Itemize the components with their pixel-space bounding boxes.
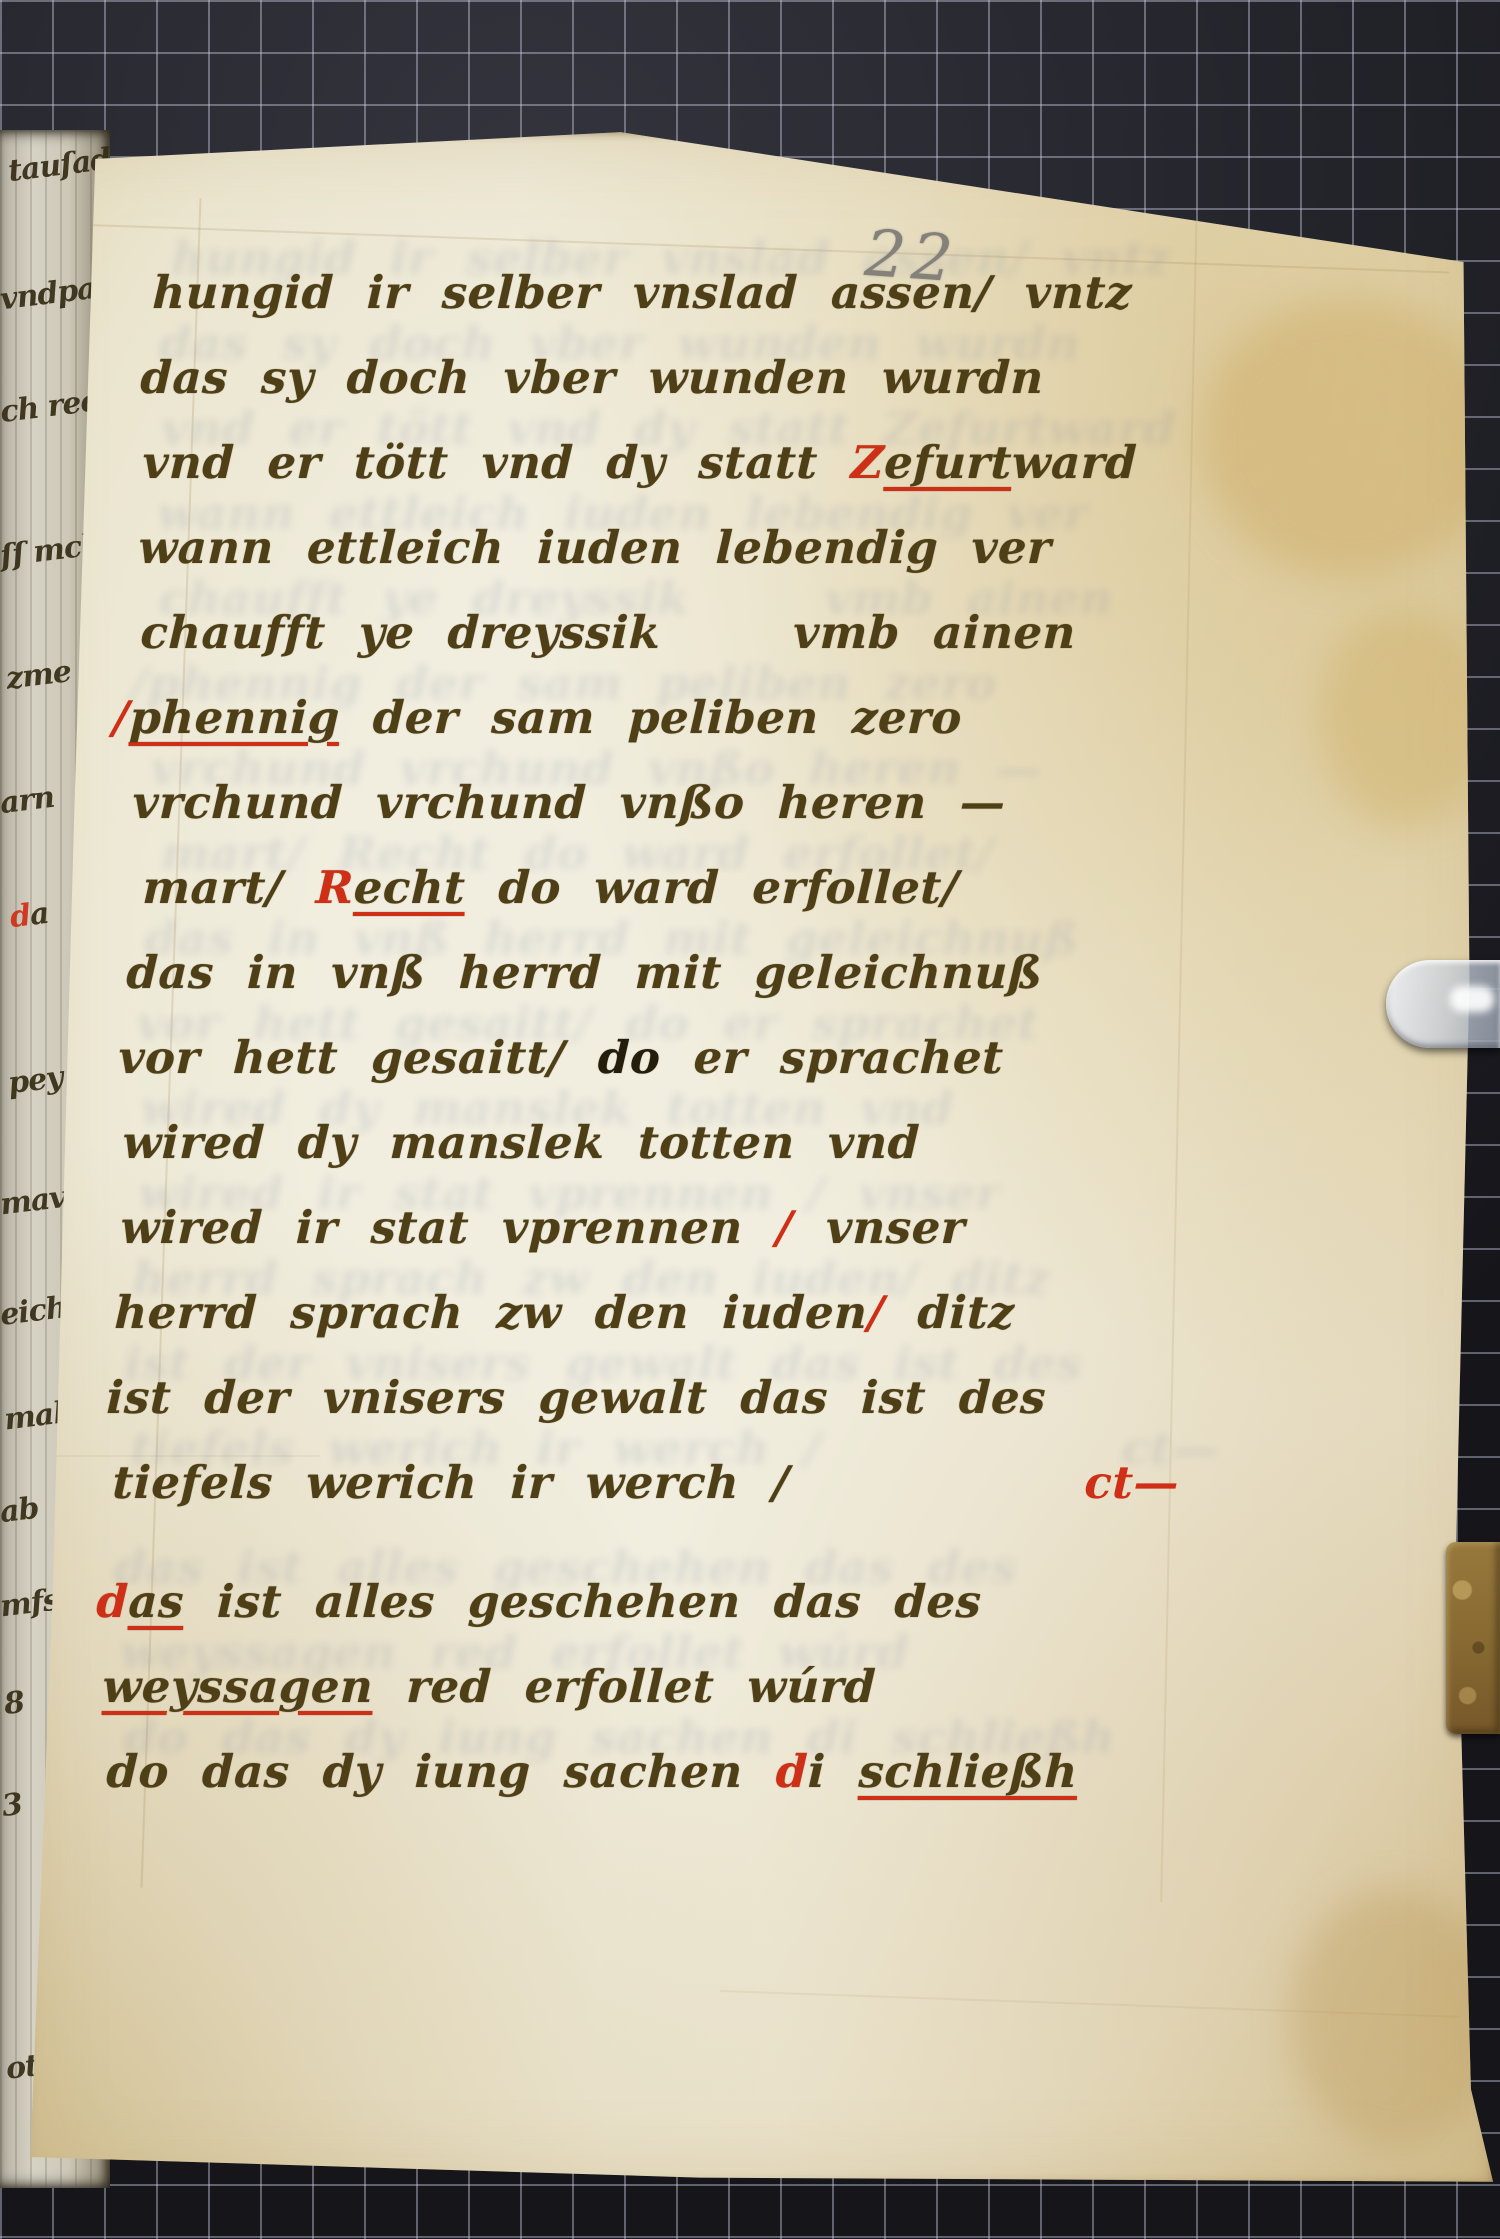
ink-text: chaufft ye dreyssik vmb ainen <box>140 606 1077 659</box>
ink-text: vor hett gesaitt/ <box>118 1031 599 1084</box>
margin-fragment: da <box>8 896 50 935</box>
ink-text: ward <box>1011 436 1138 489</box>
rubric-mark: d <box>96 1575 130 1628</box>
manuscript-line: do das dy iung sachen di schließh <box>105 1745 1294 1830</box>
ink-text: do <box>597 1031 661 1084</box>
manuscript-line: das ist alles geschehen das des <box>95 1575 1294 1660</box>
manuscript-page: hungid ir selber vnslad assen/ vntzdas s… <box>20 128 1496 2190</box>
margin-fragment: mfs <box>0 1583 60 1625</box>
leather-weight <box>1446 1542 1500 1734</box>
folio-number: 22 <box>863 217 961 297</box>
ink-text: i <box>807 1745 860 1798</box>
rubric-mark: R <box>315 861 355 914</box>
ink-text: weyssagen <box>102 1660 375 1713</box>
manuscript-line: wann ettleich iuden lebendig ver <box>137 521 1294 606</box>
manuscript-line: hungid ir selber vnslad assen/ vntz <box>151 266 1294 351</box>
ink-text: der sam peliben zero <box>339 691 963 744</box>
ink-text: do ward erfollet/ <box>464 861 959 914</box>
ink-text: mart/ <box>142 861 317 914</box>
ink-text: phennig <box>129 691 341 744</box>
rubric-mark: Z <box>850 436 885 489</box>
ink-text: as <box>128 1575 185 1628</box>
manuscript-line: /phennig der sam peliben zero <box>111 691 1294 776</box>
manuscript-line: ist der vnisers gewalt das ist des <box>105 1371 1294 1456</box>
ink-text: schließh <box>858 1745 1079 1798</box>
ink-text: hungid ir selber vnslad assen/ vntz <box>152 266 1133 319</box>
manuscript-line: vrchund vrchund vnßo heren — <box>131 776 1294 861</box>
ink-text: das in vnß herrd mit geleichnuß <box>126 946 1044 999</box>
ink-text: er sprachet <box>660 1031 1005 1084</box>
stain-bottom-right <box>1290 1888 1500 2148</box>
margin-fragment: arn <box>0 780 56 821</box>
manuscript-line: vnd er tött vnd dy statt Zefurtward <box>141 436 1294 521</box>
ink-text: wired dy manslek totten vnd <box>122 1116 921 1169</box>
manuscript-line: das in vnß herrd mit geleichnuß <box>125 946 1294 1031</box>
rubric-mark: / <box>112 691 131 744</box>
ink-text: tiefels werich ir werch / <box>112 1456 791 1509</box>
ink-text: wann ettleich iuden lebendig ver <box>138 521 1053 574</box>
manuscript-line: das sy doch vber wunden wurdn <box>139 351 1294 436</box>
ink-text: ist alles geschehen das des <box>183 1575 982 1628</box>
ink-text: ditz <box>883 1286 1015 1339</box>
ink-text: echt <box>353 861 466 914</box>
photograph-of-manuscript: tauſadvndpalch rechſſ mchzmearndapeymavi… <box>0 0 1500 2239</box>
margin-fragment: pey <box>6 1060 64 1101</box>
rubric-mark: d <box>775 1745 809 1798</box>
manuscript-line: weyssagen red erfollet wúrd <box>101 1660 1294 1745</box>
ink-text: do das dy iung sachen <box>106 1745 777 1798</box>
ink-text: red erfollet wúrd <box>372 1660 877 1713</box>
ink-text: herrd sprach zw den iuden <box>114 1286 869 1339</box>
manuscript-line: mart/ Recht do ward erfollet/ <box>141 861 1294 946</box>
manuscript-line: wired dy manslek totten vnd <box>121 1116 1294 1201</box>
margin-fragment: 3 <box>0 1787 24 1824</box>
rubric-mark: ct— <box>1083 1456 1180 1509</box>
ink-text: wired ir stat vprennen <box>120 1201 777 1254</box>
manuscript-line: wired ir stat vprennen / vnser <box>119 1201 1294 1286</box>
page-holder-clip <box>1386 960 1500 1048</box>
ink-text: vnd er tött vnd dy statt <box>142 436 852 489</box>
ink-text: efurt <box>883 436 1013 489</box>
ink-text: vnser <box>792 1201 966 1254</box>
margin-fragment: 8 <box>2 1685 26 1722</box>
manuscript-line: tiefels werich ir werch /ct— <box>111 1456 1294 1541</box>
stain-right <box>1320 608 1490 828</box>
manuscript-line: vor hett gesaitt/ do er sprachet <box>117 1031 1294 1116</box>
ink-text: das sy doch vber wunden wurdn <box>140 351 1045 404</box>
manuscript-line: chaufft ye dreyssik vmb ainen <box>139 606 1294 691</box>
rubric-mark: / <box>867 1286 886 1339</box>
margin-fragment: ab <box>0 1491 40 1530</box>
text-block: hungid ir selber vnslad assen/ vntzdas s… <box>132 266 1292 1830</box>
ink-text: vrchund vrchund vnßo heren — <box>132 776 1007 829</box>
ink-text: ist der vnisers gewalt das ist des <box>106 1371 1047 1424</box>
manuscript-line: herrd sprach zw den iuden/ ditz <box>113 1286 1294 1371</box>
